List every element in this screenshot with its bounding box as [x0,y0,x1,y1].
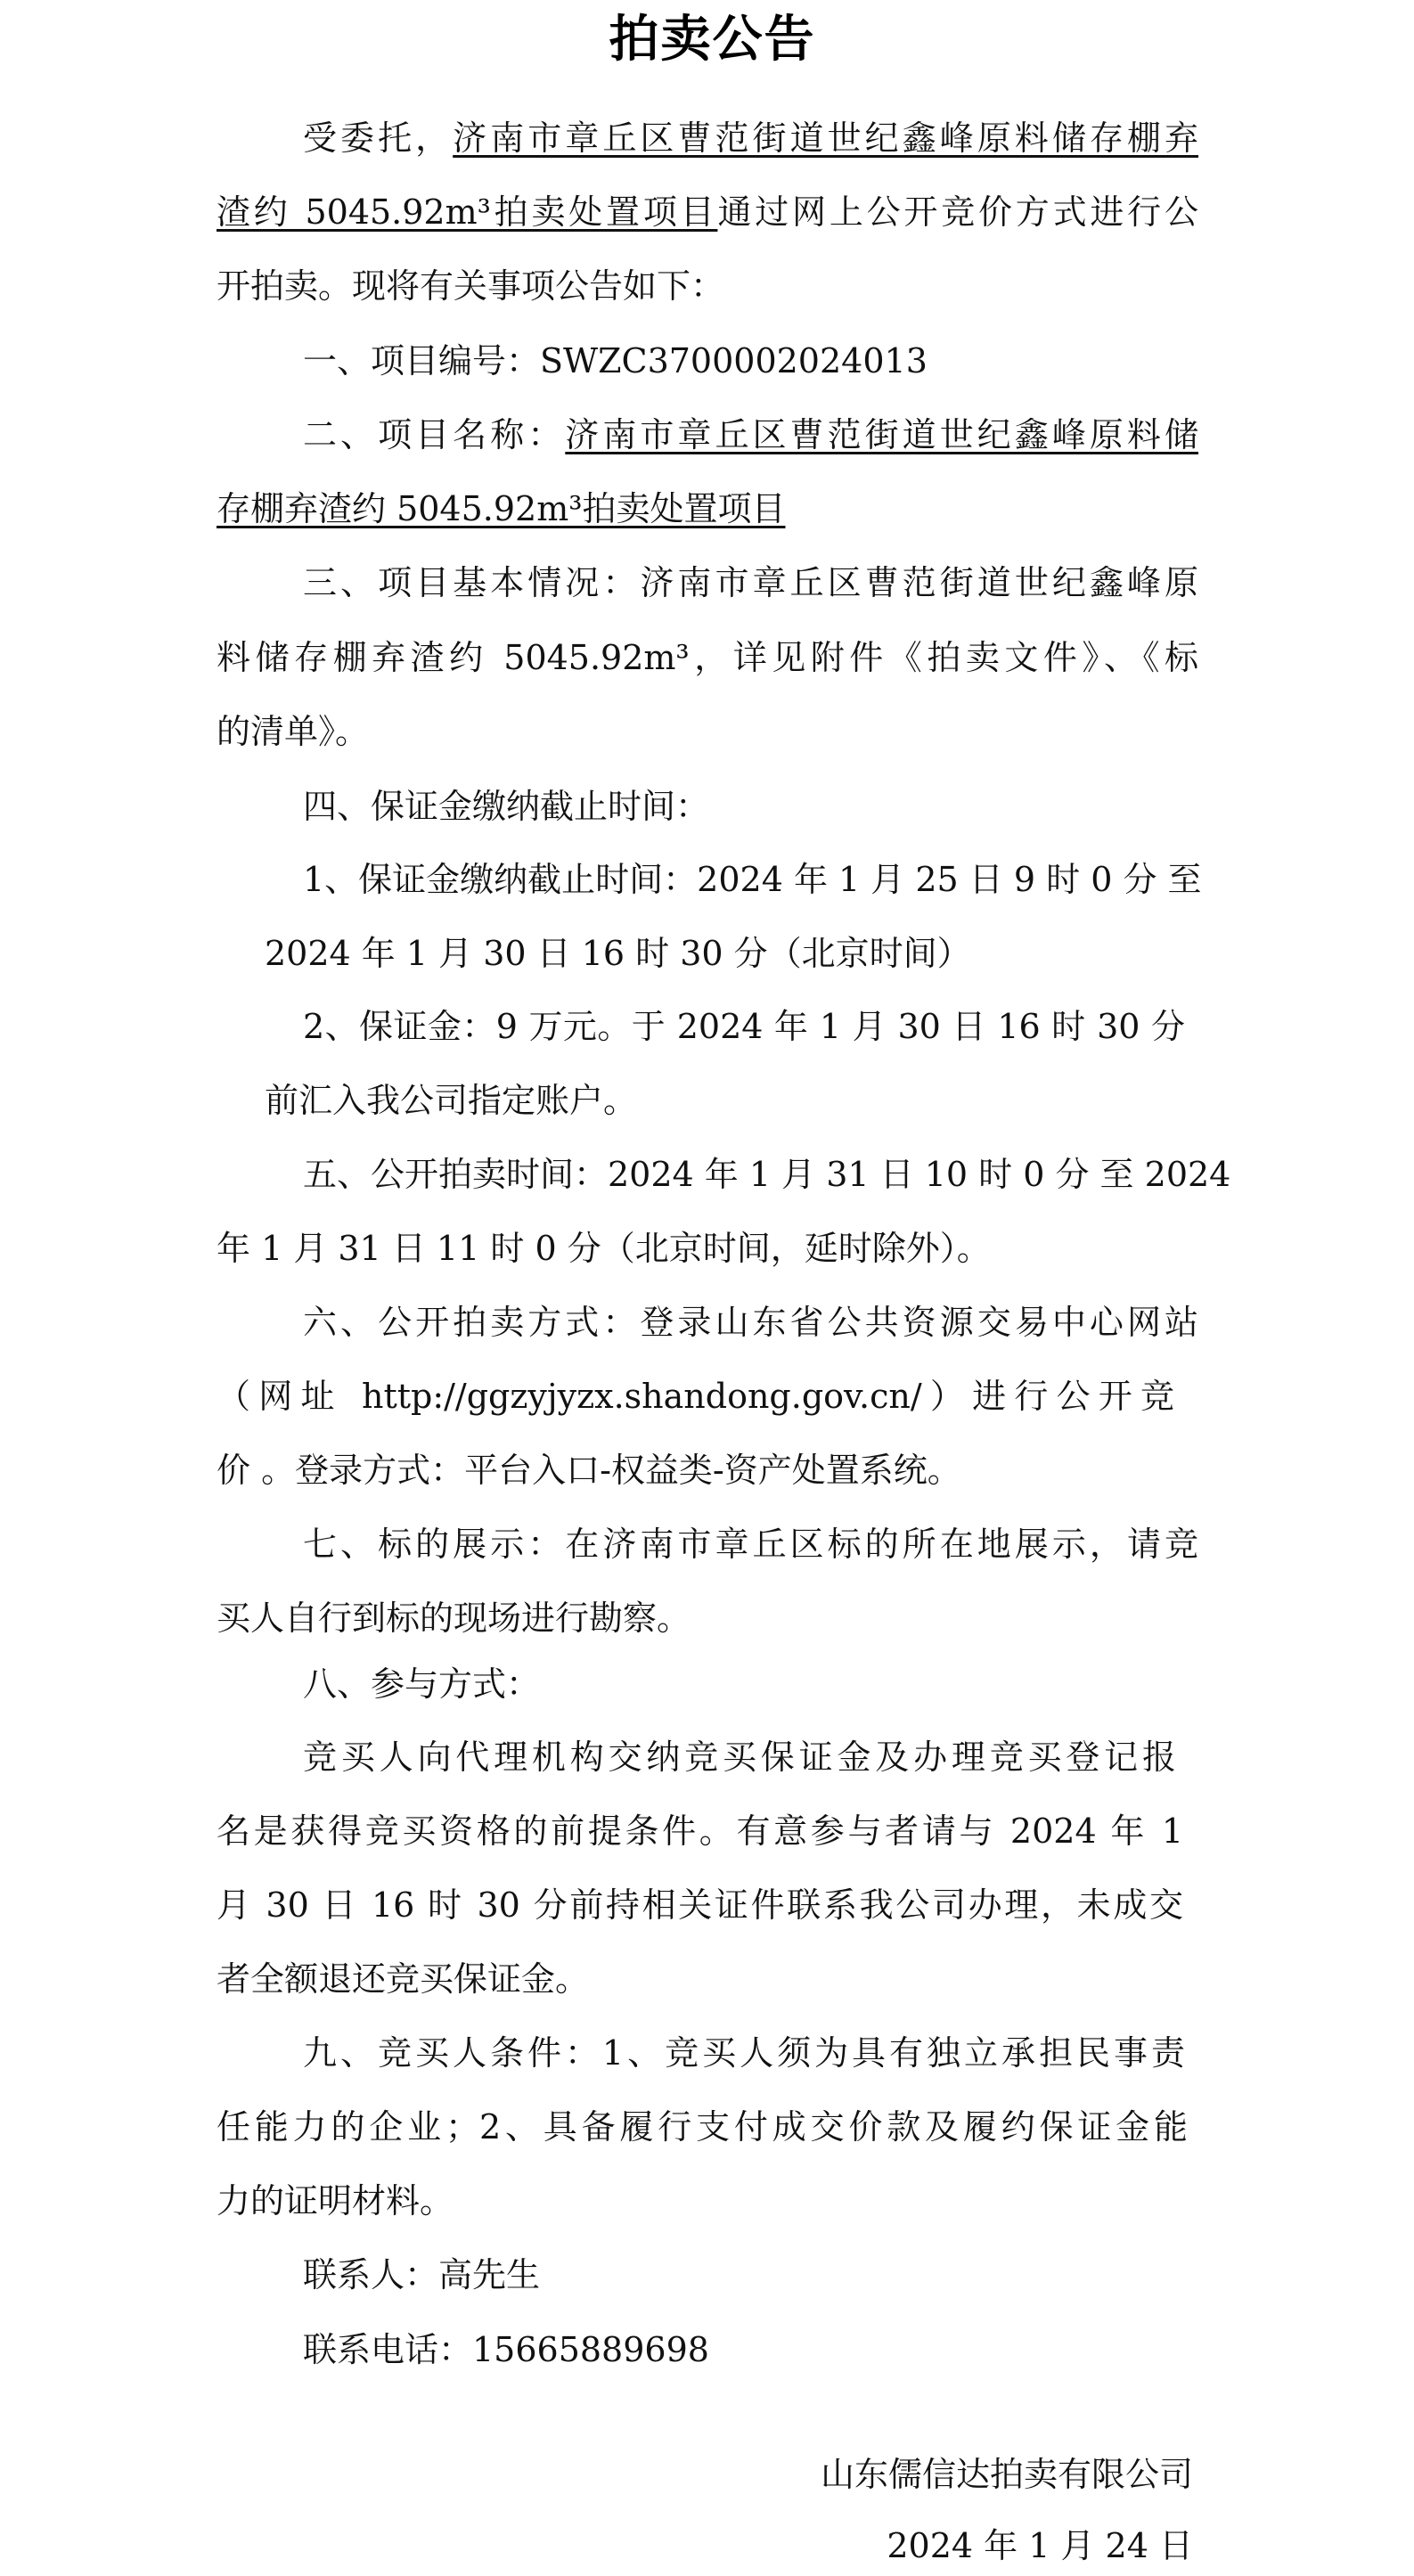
project-name-link[interactable]: 济南市章丘区曹范街道世纪鑫峰原料储存棚弃 [453,119,1198,158]
contact-person: 联系人：高先生 [303,2253,1198,2296]
auction-method-line-1: 六、公开拍卖方式：登录山东省公共资源交易中心网站 [303,1301,1198,1344]
deposit-item-2-line-1: 2、保证金：9 万元。于 2024 年 1 月 30 日 16 时 30 分 [303,1005,1185,1048]
participation-line-3: 月 30 日 16 时 30 分前持相关证件联系我公司办理，未成交 [217,1884,1183,1926]
auction-time-line-1: 五、公开拍卖时间：2024 年 1 月 31 日 10 时 0 分 至 2024 [303,1153,1198,1196]
project-name-value-link-cont[interactable]: 存棚弃渣约 5045.92m³拍卖处置项目 [217,489,786,528]
contact-phone[interactable]: 联系电话：15665889698 [303,2328,1198,2371]
project-number: 一、项目编号：SWZC3700002024013 [303,339,1198,382]
participation-line-4: 者全额退还竞买保证金。 [217,1958,589,2000]
deposit-item-1-line-2: 2024 年 1 月 30 日 16 时 30 分（北京时间） [265,932,971,975]
deposit-item-2-line-2: 前汇入我公司指定账户。 [265,1079,637,1122]
intro-line-3: 开拍卖。现将有关事项公告如下： [217,265,724,307]
intro-line-1: 受委托，济南市章丘区曹范街道世纪鑫峰原料储存棚弃 [303,117,1198,159]
project-name-label: 二、项目名称： [303,415,565,454]
project-basics-line-2: 料储存棚弃渣约 5045.92m³，详见附件《拍卖文件》、《标 [217,636,1198,679]
deposit-item-1-line-1: 1、保证金缴纳截止时间：2024 年 1 月 25 日 9 时 0 分 至 [303,858,1198,901]
display-line-2: 买人自行到标的现场进行勘察。 [217,1597,691,1640]
auction-announcement-page: 拍卖公告 受委托，济南市章丘区曹范街道世纪鑫峰原料储存棚弃 渣约 5045.92… [0,0,1414,2576]
deposit-heading: 四、保证金缴纳截止时间： [303,785,1198,828]
project-basics-line-1: 三、项目基本情况：济南市章丘区曹范街道世纪鑫峰原 [303,561,1198,604]
intro-line-2: 渣约 5045.92m³拍卖处置项目通过网上公开竞价方式进行公 [217,191,1198,233]
auction-method-url-line[interactable]: （网址 http://ggzyjyzx.shandong.gov.cn/）进行公… [217,1375,1174,1418]
bidder-conditions-line-1: 九、竞买人条件：1、竞买人须为具有独立承担民事责 [303,2032,1185,2074]
bidder-conditions-line-2: 任能力的企业；2、具备履行支付成交价款及履约保证金能 [217,2106,1188,2148]
project-name-line-2: 存棚弃渣约 5045.92m³拍卖处置项目 [217,487,786,530]
intro-suffix: 通过网上公开竞价方式进行公 [717,192,1198,232]
project-name-value-link[interactable]: 济南市章丘区曹范街道世纪鑫峰原料储 [565,415,1198,454]
participation-line-2: 名是获得竞买资格的前提条件。有意参与者请与 2024 年 1 [217,1810,1183,1852]
participation-line-1: 竞买人向代理机构交纳竞买保证金及办理竞买登记报 [303,1736,1176,1779]
display-line-1: 七、标的展示：在济南市章丘区标的所在地展示，请竞 [303,1523,1198,1566]
auction-time-line-2: 年 1 月 31 日 11 时 0 分（北京时间，延时除外）。 [217,1227,991,1270]
project-name-line-1: 二、项目名称：济南市章丘区曹范街道世纪鑫峰原料储 [303,413,1198,456]
auction-method-line-3: 价 。登录方式：平台入口-权益类-资产处置系统。 [217,1449,961,1492]
project-basics-line-3: 的清单》。 [217,710,369,753]
intro-prefix: 受委托， [303,119,453,158]
page-title: 拍卖公告 [5,7,1414,71]
project-name-link-cont[interactable]: 渣约 5045.92m³拍卖处置项目 [217,192,717,232]
bidder-conditions-line-3: 力的证明材料。 [217,2179,454,2222]
signature-date: 2024 年 1 月 24 日 [887,2524,1193,2567]
participation-heading: 八、参与方式： [303,1663,1198,1705]
signature-company: 山东儒信达拍卖有限公司 [821,2453,1193,2496]
